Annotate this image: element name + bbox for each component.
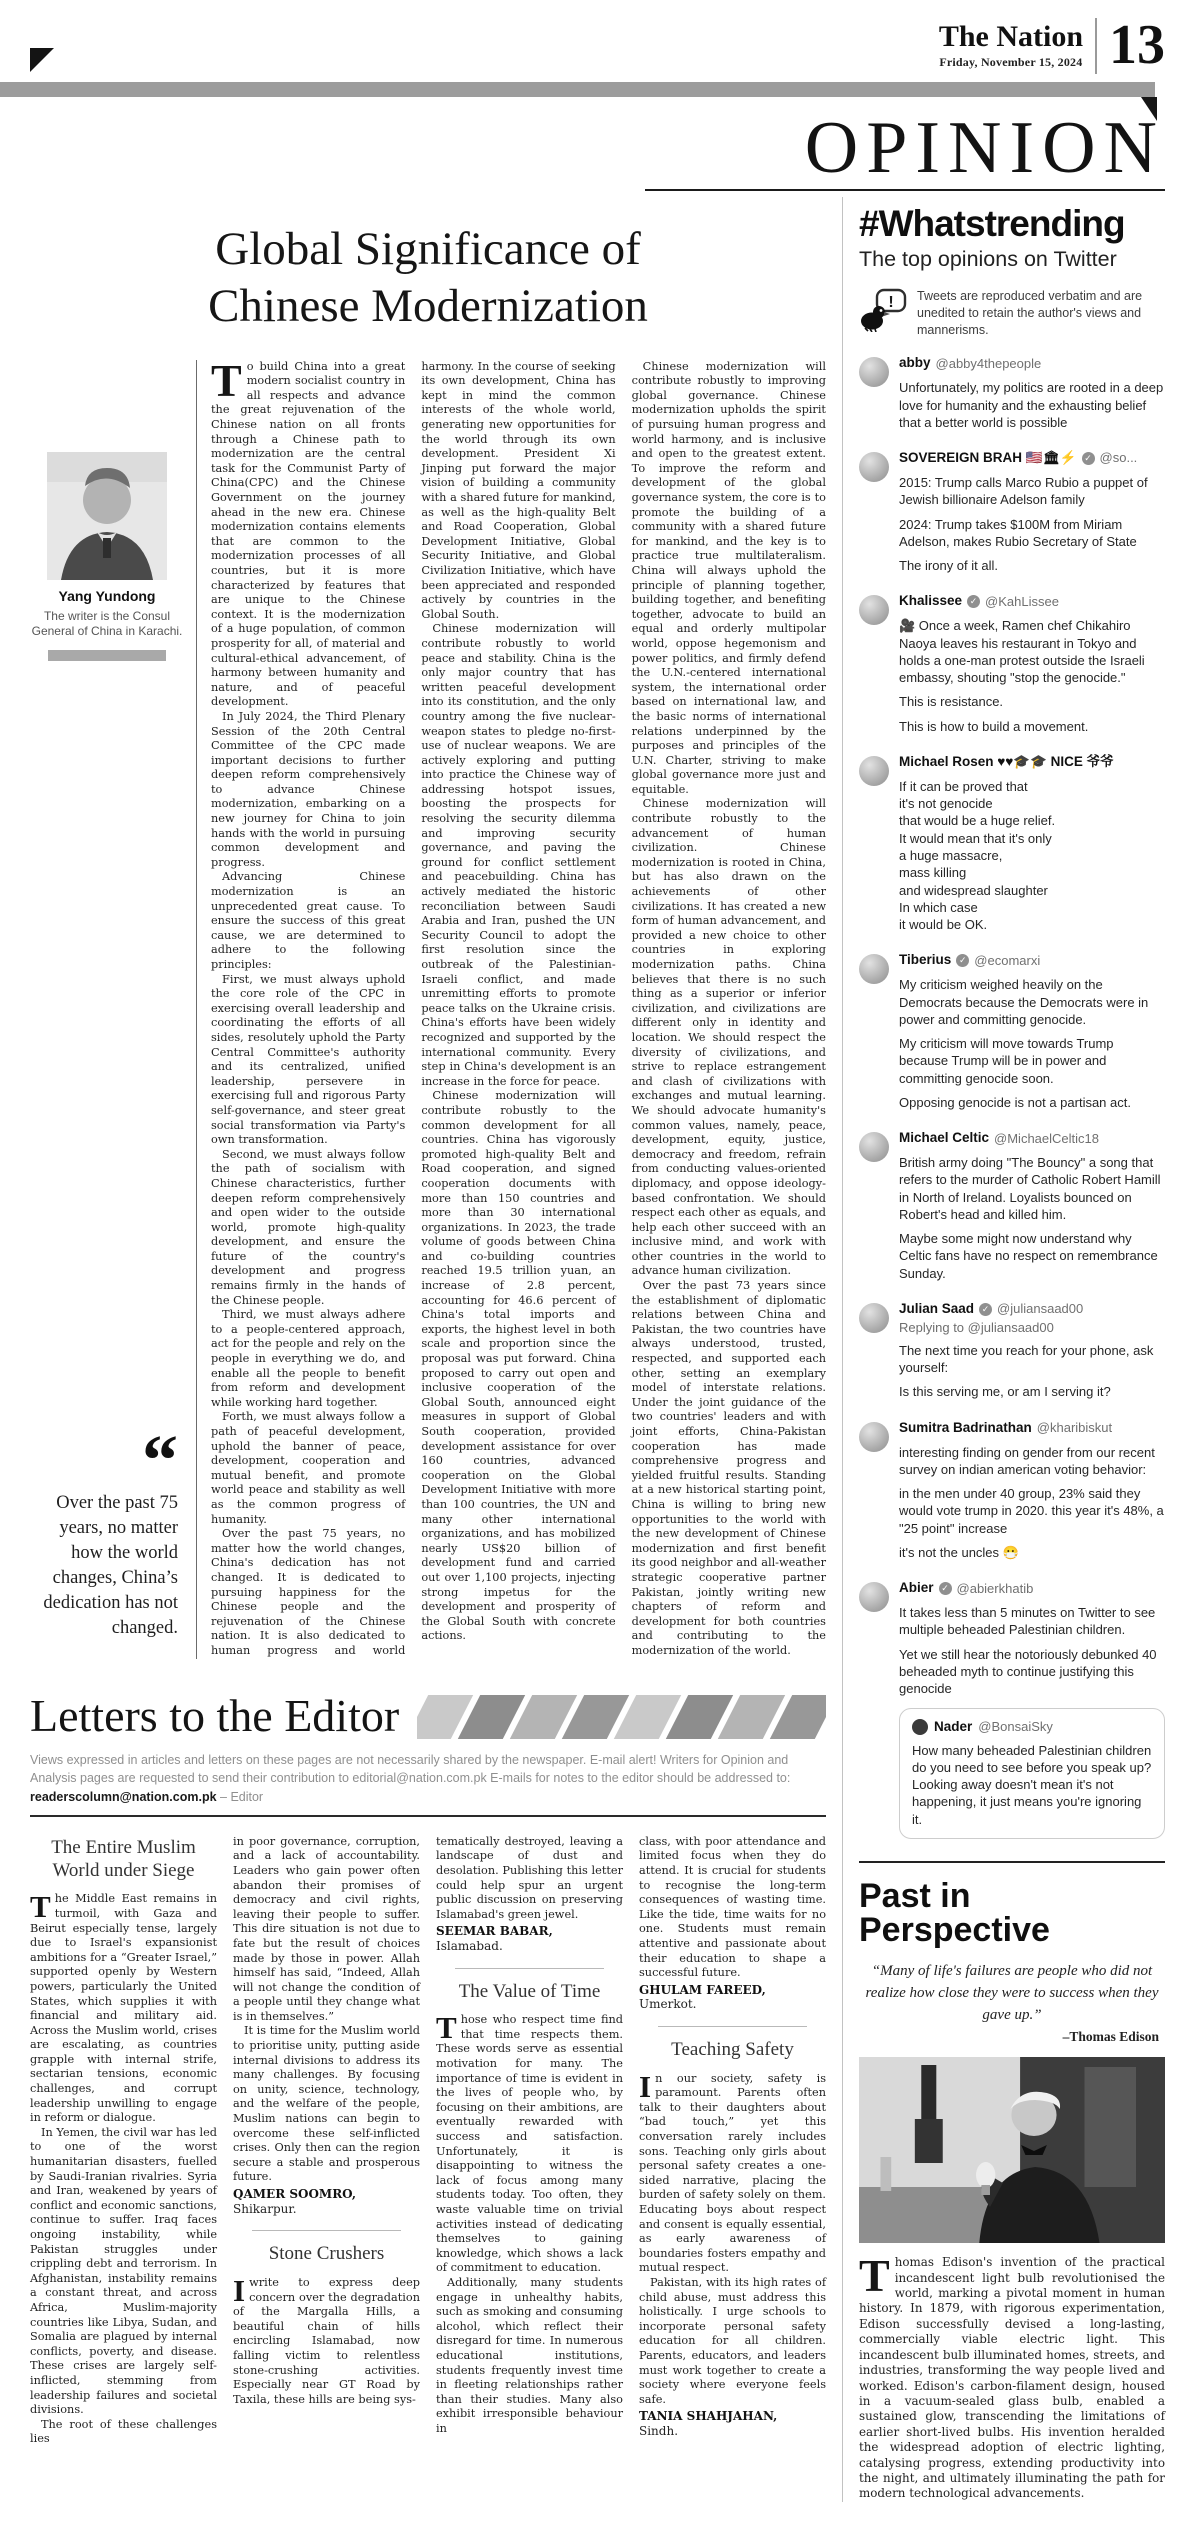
article-paragraph: Chinese modernization will contribute ro… <box>632 797 826 1279</box>
tweet-author-name: Tiberius <box>899 952 951 969</box>
letters-column: class, with poor attendance and limited … <box>639 1835 826 2447</box>
letter-paragraph: It is time for the Muslim world to prior… <box>233 2024 420 2185</box>
author-photo <box>47 452 167 580</box>
article-paragraph: In July 2024, the Third Plenary Session … <box>211 710 405 871</box>
avatar <box>859 452 889 482</box>
tweet: Michael Celtic@MichaelCeltic18British ar… <box>859 1130 1165 1282</box>
tweet-handle: @abierkhatib <box>957 1581 1034 1597</box>
letter-author: TANIA SHAHJAHAN, <box>639 2409 826 2424</box>
letters-disclaimer: Views expressed in articles and letters … <box>30 1751 826 1807</box>
tweet-author-name: Abier <box>899 1580 934 1597</box>
right-zone: #Whatstrending The top opinions on Twitt… <box>842 197 1165 2502</box>
drop-cap: T <box>211 360 247 399</box>
tweets-list: abby@abby4thepeopleUnfortunately, my pol… <box>859 355 1165 1839</box>
article-paragraph: To build China into a great modern socia… <box>211 360 405 710</box>
letter-title: Teaching Safety <box>639 2039 826 2062</box>
avatar <box>859 1582 889 1612</box>
tweet-author-name: SOVEREIGN BRAH 🇺🇸🏛⚡ <box>899 450 1077 467</box>
letters-column: The Entire Muslim World under SiegeThe M… <box>30 1835 217 2447</box>
letter-author: GHULAM FAREED, <box>639 1983 826 1998</box>
quoted-tweet: Nader@BonsaiSkyHow many beheaded Palesti… <box>899 1708 1165 1839</box>
letter-paragraph: Additionally, many students engage in un… <box>436 2276 623 2437</box>
past-quote-attribution: –Thomas Edison <box>859 2029 1165 2045</box>
article-paragraph: Chinese modernization will contribute ro… <box>421 1089 615 1644</box>
tweet-handle: @juliansaad00 <box>997 1301 1083 1317</box>
article-paragraph: Second, we must always follow the path o… <box>211 1148 405 1309</box>
paper-date: Friday, November 15, 2024 <box>939 55 1083 70</box>
letters-rule <box>30 1815 826 1817</box>
letter-paragraph: In our society, safety is paramount. Par… <box>639 2072 826 2276</box>
section-title: OPINION <box>30 111 1165 185</box>
tweet: Michael Rosen ♥♥🎓🎓 NICE 爷爷If it can be p… <box>859 754 1165 933</box>
letter-signoff: TANIA SHAHJAHAN,Sindh. <box>639 2409 826 2438</box>
whatstrending-disclaimer: ! Tweets are reproduced verbatim and are… <box>859 288 1165 340</box>
letter-author-city: Islamabad. <box>436 1939 623 1954</box>
tweet: Khalissee✓@KahLissee🎥 Once a week, Ramen… <box>859 593 1165 735</box>
letter-author-city: Shikarpur. <box>233 2202 420 2217</box>
avatar <box>912 1719 928 1735</box>
tweet-header: Sumitra Badrinathan@kharibiskut <box>899 1420 1165 1437</box>
edison-photo <box>859 2057 1165 2243</box>
article-title-line2: Chinese Modernization <box>208 280 648 332</box>
past-body: Thomas Edison's invention of the practic… <box>859 2255 1165 2502</box>
article-paragraph: First, we must always uphold the core ro… <box>211 973 405 1148</box>
left-zone: Global Significance of Chinese Moderniza… <box>30 197 842 2502</box>
tweet-header: Khalissee✓@KahLissee <box>899 593 1165 610</box>
drop-cap: I <box>639 2072 655 2099</box>
tweet-content: Michael Rosen ♥♥🎓🎓 NICE 爷爷If it can be p… <box>899 754 1165 933</box>
author-decoration-bar <box>48 650 166 661</box>
drop-cap: T <box>436 2013 461 2040</box>
tweet-text: it's not the uncles 😷 <box>899 1544 1165 1561</box>
letter-paragraph: Those who respect time find that time re… <box>436 2013 623 2276</box>
banner-arrow-icon <box>1141 97 1157 121</box>
letters-header: Letters to the Editor <box>30 1693 826 1739</box>
tweet-text: 2024: Trump takes $100M from Miriam Adel… <box>899 516 1165 551</box>
letters-disclaimer-suffix: – Editor <box>217 1790 264 1804</box>
svg-text:!: ! <box>888 294 893 311</box>
tweet-text: Opposing genocide is not a partisan act. <box>899 1094 1165 1111</box>
tweet-text: Unfortunately, my politics are rooted in… <box>899 379 1165 431</box>
whatstrending-section: #Whatstrending The top opinions on Twitt… <box>859 197 1165 1839</box>
masthead-text: The Nation Friday, November 15, 2024 <box>939 22 1083 70</box>
tweet-header: Tiberius✓@ecomarxi <box>899 952 1165 969</box>
whatstrending-disclaimer-text: Tweets are reproduced verbatim and are u… <box>917 288 1165 340</box>
tweet-header: SOVEREIGN BRAH 🇺🇸🏛⚡✓@so... <box>899 450 1165 467</box>
letter-title: The Value of Time <box>436 1981 623 2004</box>
opinion-article: Global Significance of Chinese Moderniza… <box>30 221 826 1659</box>
article-sidebar: Yang Yundong The writer is the Consul Ge… <box>30 360 197 1659</box>
tweet-text: My criticism will move towards Trump bec… <box>899 1035 1165 1087</box>
letters-columns: The Entire Muslim World under SiegeThe M… <box>30 1835 826 2447</box>
past-title: Past in Perspective <box>859 1879 1165 1947</box>
tweet-header: Michael Celtic@MichaelCeltic18 <box>899 1130 1165 1147</box>
letters-column: in poor governance, corruption, and a la… <box>233 1835 420 2447</box>
tweet-text: How many beheaded Palestinian children d… <box>912 1742 1152 1828</box>
tweet-text: Maybe some might now understand why Celt… <box>899 1230 1165 1282</box>
past-in-perspective-section: Past in Perspective “Many of life's fail… <box>859 1861 1165 2502</box>
article-paragraph: Chinese modernization will contribute ro… <box>632 360 826 798</box>
author-bio: The writer is the Consul General of Chin… <box>30 609 184 640</box>
verified-badge-icon: ✓ <box>939 1582 952 1595</box>
article-paragraph: Forth, we must always follow a path of p… <box>211 1410 405 1527</box>
letter-divider <box>252 2230 402 2231</box>
avatar <box>859 595 889 625</box>
tweet-text: in the men under 40 group, 23% said they… <box>899 1485 1165 1537</box>
tweet: Julian Saad✓@juliansaad00Replying to @ju… <box>859 1301 1165 1401</box>
letter-signoff: SEEMAR BABAR,Islamabad. <box>436 1924 623 1953</box>
tweet: Sumitra Badrinathan@kharibiskutinteresti… <box>859 1420 1165 1562</box>
tweet-text: The irony of it all. <box>899 557 1165 574</box>
article-paragraph: Over the past 73 years since the establi… <box>632 1279 826 1658</box>
tweet-author-name: abby <box>899 355 931 372</box>
drop-cap: I <box>233 2276 249 2303</box>
drop-cap: T <box>859 2255 895 2294</box>
tweet-header: Michael Rosen ♥♥🎓🎓 NICE 爷爷 <box>899 754 1165 771</box>
tweet-handle: @so... <box>1100 450 1138 466</box>
letter-paragraph: In Yemen, the civil war has led to one o… <box>30 2126 217 2418</box>
article-body: To build China into a great modern socia… <box>197 360 826 1659</box>
whatstrending-title: #Whatstrending <box>859 205 1165 242</box>
twitter-bird-icon: ! <box>859 288 909 332</box>
letter-author-city: Sindh. <box>639 2424 826 2439</box>
tweet-text: This is how to build a movement. <box>899 718 1165 735</box>
letter-author-city: Umerkot. <box>639 1997 826 2012</box>
letter-paragraph: I write to express deep concern over the… <box>233 2276 420 2407</box>
section-title-rule <box>645 189 1165 191</box>
tweet-content: abby@abby4thepeopleUnfortunately, my pol… <box>899 355 1165 431</box>
article-title-line1: Global Significance of <box>215 223 640 275</box>
tweet-header: Julian Saad✓@juliansaad00 <box>899 1301 1165 1318</box>
letters-column: tematically destroyed, leaving a landsca… <box>436 1835 623 2447</box>
tweet-text: Is this serving me, or am I serving it? <box>899 1383 1165 1400</box>
letter-paragraph: tematically destroyed, leaving a landsca… <box>436 1835 623 1923</box>
avatar <box>859 954 889 984</box>
pull-quote-text: Over the past 75 years, no matter how th… <box>36 1491 178 1641</box>
section-banner-bar <box>0 82 1155 97</box>
article-layout: Yang Yundong The writer is the Consul Ge… <box>30 360 826 1659</box>
tweet-author-name: Nader <box>934 1719 972 1734</box>
letter-paragraph: The root of these challenges lies <box>30 2418 217 2447</box>
replying-to: Replying to @juliansaad00 <box>899 1320 1165 1335</box>
letters-section: Letters to the Editor Views expressed in… <box>30 1693 826 2447</box>
letter-paragraph: class, with poor attendance and limited … <box>639 1835 826 1981</box>
whatstrending-subtitle: The top opinions on Twitter <box>859 248 1165 272</box>
tweet-text: interesting finding on gender from our r… <box>899 1444 1165 1479</box>
quote-mark-icon: “ <box>36 1444 178 1476</box>
tweet-author-name: Khalissee <box>899 593 962 610</box>
tweet-content: Michael Celtic@MichaelCeltic18British ar… <box>899 1130 1165 1282</box>
tweet: SOVEREIGN BRAH 🇺🇸🏛⚡✓@so...2015: Trump ca… <box>859 450 1165 574</box>
quoted-tweet-header: Nader@BonsaiSky <box>912 1719 1152 1735</box>
article-paragraph: Chinese modernization will contribute ro… <box>421 622 615 1089</box>
tweet-content: Abier✓@abierkhatibIt takes less than 5 m… <box>899 1580 1165 1839</box>
tweet-content: SOVEREIGN BRAH 🇺🇸🏛⚡✓@so...2015: Trump ca… <box>899 450 1165 574</box>
page-number: 13 <box>1109 19 1165 72</box>
article-paragraph: Advancing Chinese modernization is an un… <box>211 870 405 972</box>
tweet-content: Tiberius✓@ecomarxiMy criticism weighed h… <box>899 952 1165 1111</box>
letter-title: Stone Crushers <box>233 2243 420 2266</box>
main-content: Global Significance of Chinese Moderniza… <box>30 197 1165 2502</box>
tweet-content: Sumitra Badrinathan@kharibiskutinteresti… <box>899 1420 1165 1562</box>
tweet-handle: @BonsaiSky <box>978 1719 1053 1734</box>
tweet-handle: @ecomarxi <box>974 953 1040 969</box>
tweet-author-name: Michael Celtic <box>899 1130 989 1147</box>
tweet-author-name: Michael Rosen ♥♥🎓🎓 NICE 爷爷 <box>899 754 1114 771</box>
tweet-text: This is resistance. <box>899 693 1165 710</box>
letter-signoff: GHULAM FAREED,Umerkot. <box>639 1983 826 2012</box>
verified-badge-icon: ✓ <box>979 1303 992 1316</box>
tweet: Abier✓@abierkhatibIt takes less than 5 m… <box>859 1580 1165 1839</box>
masthead-divider <box>1095 18 1097 74</box>
pull-quote-block: “ Over the past 75 years, no matter how … <box>36 1444 178 1640</box>
letters-stripes-decoration <box>417 1695 826 1739</box>
avatar <box>859 1303 889 1333</box>
tweet-text: If it can be proved that it's not genoci… <box>899 778 1165 934</box>
past-quote: “Many of life's failures are people who … <box>859 1961 1165 2026</box>
tweet-text: Yet we still hear the notoriously debunk… <box>899 1646 1165 1698</box>
letter-divider <box>455 1968 605 1969</box>
verified-badge-icon: ✓ <box>1082 452 1095 465</box>
masthead-row: The Nation Friday, November 15, 2024 13 <box>30 18 1165 74</box>
masthead: The Nation Friday, November 15, 2024 13 <box>939 18 1165 74</box>
tweet-handle: @kharibiskut <box>1037 1420 1112 1436</box>
letter-paragraph: in poor governance, corruption, and a la… <box>233 1835 420 2025</box>
tweet-author-name: Sumitra Badrinathan <box>899 1420 1032 1437</box>
tweet-handle: @abby4thepeople <box>936 356 1042 372</box>
letter-divider <box>658 2026 808 2027</box>
letter-paragraph: The Middle East remains in turmoil, with… <box>30 1892 217 2126</box>
letter-title: The Entire Muslim World under Siege <box>30 1837 217 1883</box>
letters-editor-email: readerscolumn@nation.com.pk <box>30 1790 217 1804</box>
tweet-text: My criticism weighed heavily on the Demo… <box>899 976 1165 1028</box>
author-name: Yang Yundong <box>59 588 156 604</box>
verified-badge-icon: ✓ <box>967 595 980 608</box>
past-paragraph: Thomas Edison's invention of the practic… <box>859 2255 1165 2502</box>
article-paragraph: Third, we must always adhere to a people… <box>211 1308 405 1410</box>
tweet-text: It takes less than 5 minutes on Twitter … <box>899 1604 1165 1639</box>
paper-name: The Nation <box>939 22 1083 52</box>
tweet-text: 2015: Trump calls Marco Rubio a puppet o… <box>899 474 1165 509</box>
letters-title: Letters to the Editor <box>30 1693 399 1739</box>
tweet-text: British army doing "The Bouncy" a song t… <box>899 1154 1165 1223</box>
letter-signoff: QAMER SOOMRO,Shikarpur. <box>233 2187 420 2216</box>
tweet-text: The next time you reach for your phone, … <box>899 1342 1165 1377</box>
tweet-author-name: Julian Saad <box>899 1301 974 1318</box>
tweet-handle: @MichaelCeltic18 <box>994 1131 1099 1147</box>
avatar <box>859 1132 889 1162</box>
tweet-content: Julian Saad✓@juliansaad00Replying to @ju… <box>899 1301 1165 1401</box>
article-title: Global Significance of Chinese Moderniza… <box>30 221 826 336</box>
verified-badge-icon: ✓ <box>956 954 969 967</box>
avatar <box>859 357 889 387</box>
drop-cap: T <box>30 1892 55 1919</box>
letter-author: QAMER SOOMRO, <box>233 2187 420 2202</box>
tweet-text: 🎥 Once a week, Ramen chef Chikahiro Naoy… <box>899 617 1165 686</box>
newspaper-page: The Nation Friday, November 15, 2024 13 … <box>0 0 1200 2526</box>
tweet-content: Khalissee✓@KahLissee🎥 Once a week, Ramen… <box>899 593 1165 735</box>
tweet-header: abby@abby4thepeople <box>899 355 1165 372</box>
tweet-handle: @KahLissee <box>985 594 1059 610</box>
corner-triangle-icon <box>30 48 54 72</box>
tweet-header: Abier✓@abierkhatib <box>899 1580 1165 1597</box>
avatar <box>859 1422 889 1452</box>
tweet: Tiberius✓@ecomarxiMy criticism weighed h… <box>859 952 1165 1111</box>
avatar <box>859 756 889 786</box>
tweet: abby@abby4thepeopleUnfortunately, my pol… <box>859 355 1165 431</box>
letters-disclaimer-text: Views expressed in articles and letters … <box>30 1753 790 1786</box>
letter-author: SEEMAR BABAR, <box>436 1924 623 1939</box>
letter-paragraph: Pakistan, with its high rates of child a… <box>639 2276 826 2407</box>
